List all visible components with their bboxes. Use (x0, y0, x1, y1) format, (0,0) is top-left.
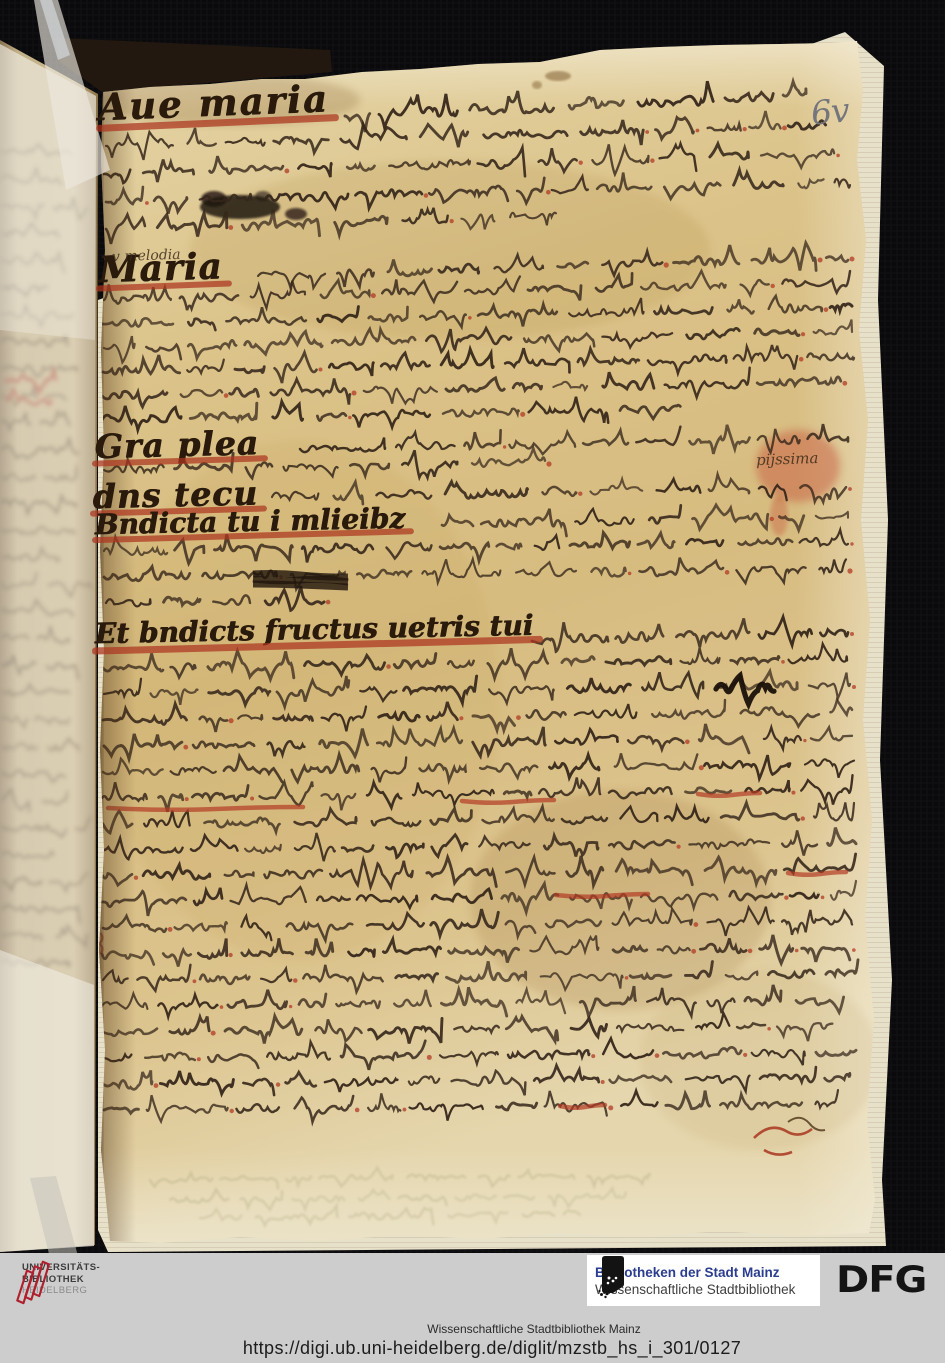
interlinear-note-pijssima: pijssima (756, 449, 819, 469)
source-url: https://digi.ub.uni-heidelberg.de/diglit… (243, 1338, 741, 1359)
ub-heidelberg-books-icon (12, 1256, 56, 1308)
rubric-ave-maria: Aue maria (98, 80, 330, 126)
rubric-benedicta-tu: Bndicta tu i mlieibz (94, 505, 405, 539)
image-caption: Wissenschaftliche Stadtbibliothek Mainz (427, 1322, 640, 1336)
interlinear-note-melodia: v melodia (112, 247, 181, 265)
ub-heidelberg-logo: UNIVERSITÄTS- BIBLIOTHEK HEIDELBERG (12, 1256, 100, 1297)
footer: UNIVERSITÄTS- BIBLIOTHEK HEIDELBERG B (0, 1253, 945, 1363)
rubric-et-benedictus: Et bndicts fructus uetris tui (94, 612, 533, 648)
rubric-gratia-plena: Gra plea (94, 426, 259, 463)
folio-number: 6v (809, 90, 851, 133)
mainz-book-icon (596, 1255, 628, 1299)
tissue-paper (0, 0, 110, 1253)
dfg-logo: DFG (836, 1259, 926, 1301)
mainz-library-logo: Bibliotheken der Stadt Mainz Wissenschaf… (587, 1255, 820, 1306)
scan-viewport: Aue maria Maria Gra plea dns tecu Bndict… (0, 0, 945, 1363)
